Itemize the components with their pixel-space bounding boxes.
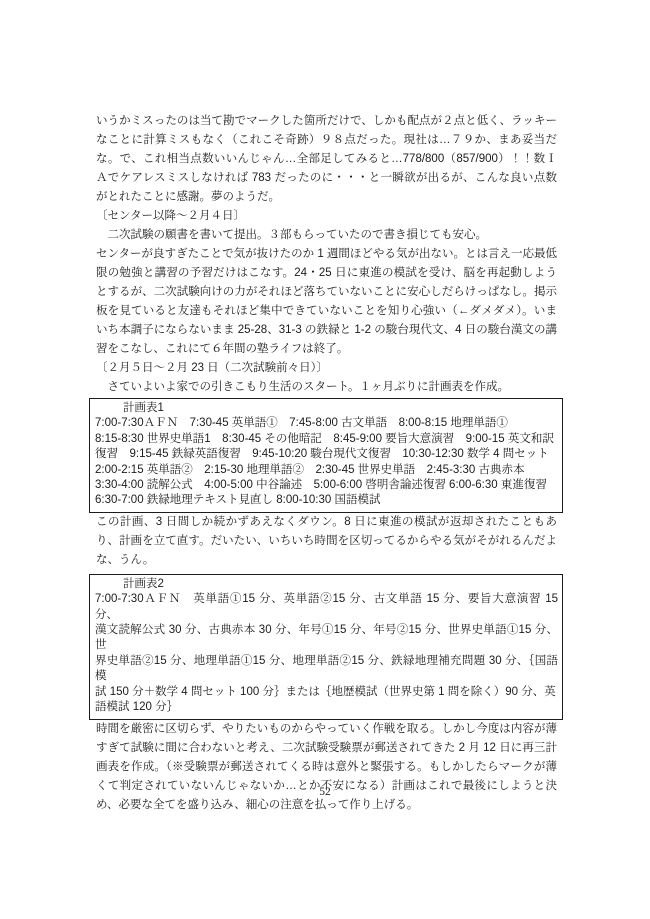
paragraph-final-plan: 時間を厳密に区切らず、やりたいものからやっていく作戦を取る。しかし今度は内容が薄… [96, 720, 557, 815]
plan-table-2-line: 漢文読解公式 30 分、古典赤本 30 分、年号①15 分、年号②15 分、世界… [95, 623, 558, 654]
plan-table-1-line: 2:00-2:15 英単語② 2:15-30 地理単語② 2:30-45 世界史… [95, 463, 558, 478]
paragraph-hikikomori-start: さていよいよ家での引きこもり生活のスタート。１ヶ月ぶりに計画表を作成。 [96, 378, 557, 397]
plan-table-1-line: 8:15-8:30 世界史単語1 8:30-45 その他暗記 8:45-9:00… [95, 432, 558, 447]
text-column: いうかミスったのは当て勘でマークした箇所だけで、しかも配点が２点と低く、ラッキー… [96, 112, 557, 815]
paragraph-after-center-diary: センターが良すぎたことで気が抜けたのか 1 週間ほどやる気が出ない。とは言え一応… [96, 245, 557, 359]
plan-table-2-line: 界史単語②15 分、地理単語①15 分、地理単語②15 分、鉄緑地理補充問題 3… [95, 654, 558, 685]
plan-table-2-line: 試 150 分＋数学 4 問セット 100 分｝または｛地歴模試（世界史第 1 … [95, 685, 558, 700]
section-heading-after-center: 〔センター以降～２月４日〕 [96, 207, 557, 226]
plan-table-1-line: 7:00-7:30ＡＦＮ 7:30-45 英単語① 7:45-8:00 古文単語… [95, 416, 558, 431]
section-heading-feb5-23: 〔２月５日～２月 23 日（二次試験前々日）〕 [96, 359, 557, 378]
plan-table-1-box: 計画表1 7:00-7:30ＡＦＮ 7:30-45 英単語① 7:45-8:00… [89, 398, 563, 513]
paragraph-center-exam-result: いうかミスったのは当て勘でマークした箇所だけで、しかも配点が２点と低く、ラッキー… [96, 112, 557, 207]
paragraph-plan-failed: この計画、3 日間しか続かずあえなくダウン。8 日に東進の模試が返却されたことも… [96, 513, 557, 570]
plan-table-1-line: 6:30-7:00 鉄緑地理テキスト見直し 8:00-10:30 国語模試 [95, 493, 558, 508]
page-number: 52 [0, 786, 650, 798]
plan-table-2-line: 7:00-7:30ＡＦＮ 英単語①15 分、英単語②15 分、古文単語 15 分… [95, 592, 558, 623]
document-page: いうかミスったのは当て勘でマークした箇所だけで、しかも配点が２点と低く、ラッキー… [0, 0, 650, 919]
plan-table-1-line: 復習 9:15-45 鉄緑英語復習 9:45-10:20 駿台現代文復習 10:… [95, 447, 558, 462]
plan-table-1-line: 3:30-4:00 読解公式 4:00-5:00 中谷論述 5:00-6:00 … [95, 478, 558, 493]
plan-table-2-box: 計画表2 7:00-7:30ＡＦＮ 英単語①15 分、英単語②15 分、古文単語… [89, 574, 563, 720]
paragraph-application-form: 二次試験の願書を書いて提出。３部もらっていたので書き損じても安心。 [96, 226, 557, 245]
plan-table-2-line: 語模試 120 分｝ [95, 700, 558, 715]
plan-table-2-title: 計画表2 [95, 577, 558, 592]
plan-table-1-title: 計画表1 [95, 401, 558, 416]
